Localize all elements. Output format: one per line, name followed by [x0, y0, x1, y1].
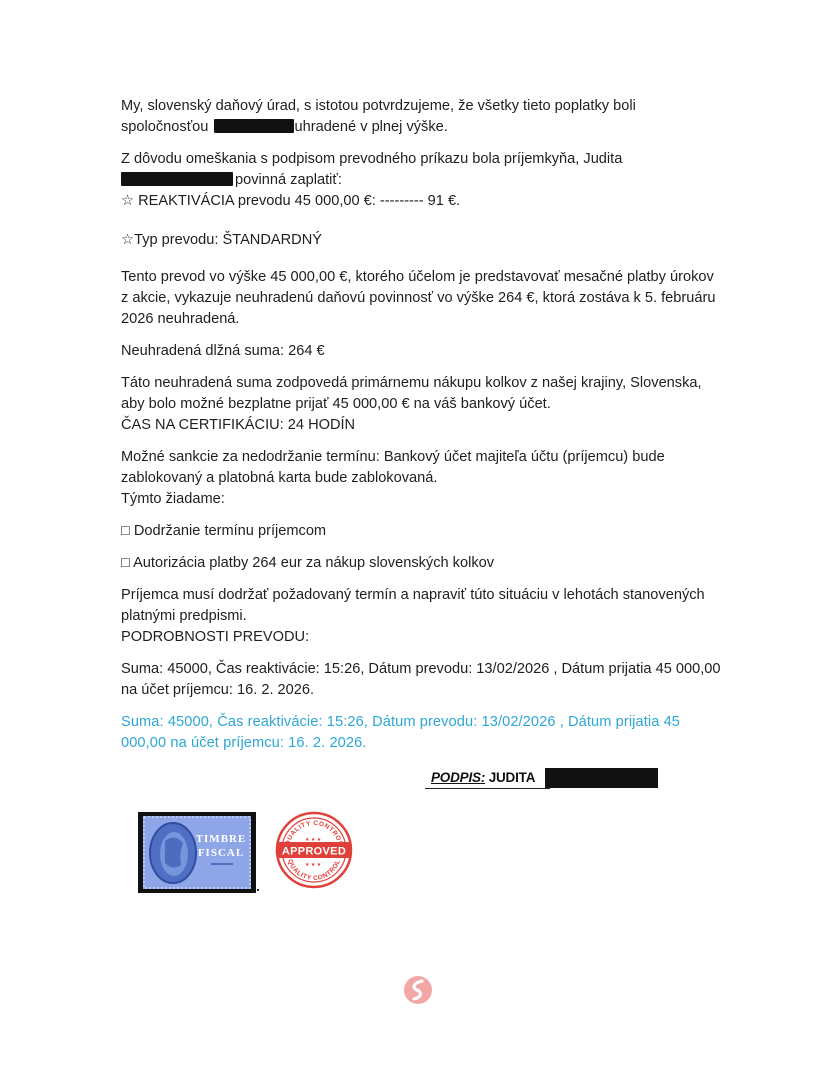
brand-logo-icon: [403, 975, 433, 1005]
decorative-dot: [257, 889, 259, 891]
outstanding-amount: Neuhradená dlžná suma: 264 €: [121, 341, 721, 362]
request-heading: Týmto žiadame:: [121, 489, 721, 510]
signature-block: PODPIS: JUDITA: [425, 768, 660, 790]
fiscal-stamp-image: TIMBRE FISCAL: [138, 812, 256, 893]
signature-name: JUDITA: [489, 770, 536, 785]
paragraph-delay: Z dôvodu omeškania s podpisom prevodného…: [121, 149, 721, 191]
request-item-authorization: □ Autorizácia platby 264 eur za nákup sl…: [121, 553, 721, 574]
transfer-details: Suma: 45000, Čas reaktivácie: 15:26, Dát…: [121, 659, 721, 701]
reactivation-fee: ☆ REAKTIVÁCIA prevodu 45 000,00 €: -----…: [121, 191, 721, 212]
approved-seal-image: QUALITY CONTROL QUALITY CONTROL ★ ★ ★ ★ …: [275, 811, 353, 889]
delay-text-end: povinná zaplatiť:: [235, 172, 342, 188]
paragraph-transfer-info: Tento prevod vo výške 45 000,00 €, ktoré…: [121, 267, 721, 330]
document-body: My, slovenský daňový úrad, s istotou pot…: [121, 96, 721, 765]
paragraph-stamps: Táto neuhradená suma zodpovedá primárnem…: [121, 373, 721, 415]
stamp-line2: FISCAL: [198, 847, 244, 859]
paragraph-confirmation: My, slovenský daňový úrad, s istotou pot…: [121, 96, 721, 138]
delay-text: Z dôvodu omeškania s podpisom prevodného…: [121, 151, 622, 167]
paragraph-sanctions: Možné sankcie za nedodržanie termínu: Ba…: [121, 447, 721, 489]
svg-text:★ ★ ★: ★ ★ ★: [305, 862, 322, 868]
stamp-line1: TIMBRE: [196, 833, 247, 845]
transfer-details-heading: PODROBNOSTI PREVODU:: [121, 627, 721, 648]
paragraph-compliance: Príjemca musí dodržať požadovaný termín …: [121, 585, 721, 627]
redacted-company-name: [214, 119, 294, 133]
confirmation-text-end: uhradené v plnej výške.: [294, 119, 447, 135]
signature-label: PODPIS: JUDITA: [431, 770, 535, 785]
redacted-signature-surname: [545, 768, 658, 788]
signature-line: [425, 788, 550, 789]
redacted-recipient-surname: [121, 172, 233, 186]
svg-text:APPROVED: APPROVED: [282, 846, 346, 858]
transfer-details-highlighted: Suma: 45000, Čas reaktivácie: 15:26, Dát…: [121, 712, 721, 754]
signature-prefix: PODPIS:: [431, 770, 485, 785]
certification-time: ČAS NA CERTIFIKÁCIU: 24 HODÍN: [121, 415, 721, 436]
transfer-type: ☆Typ prevodu: ŠTANDARDNÝ: [121, 230, 721, 251]
request-item-deadline: □ Dodržanie termínu príjemcom: [121, 521, 721, 542]
